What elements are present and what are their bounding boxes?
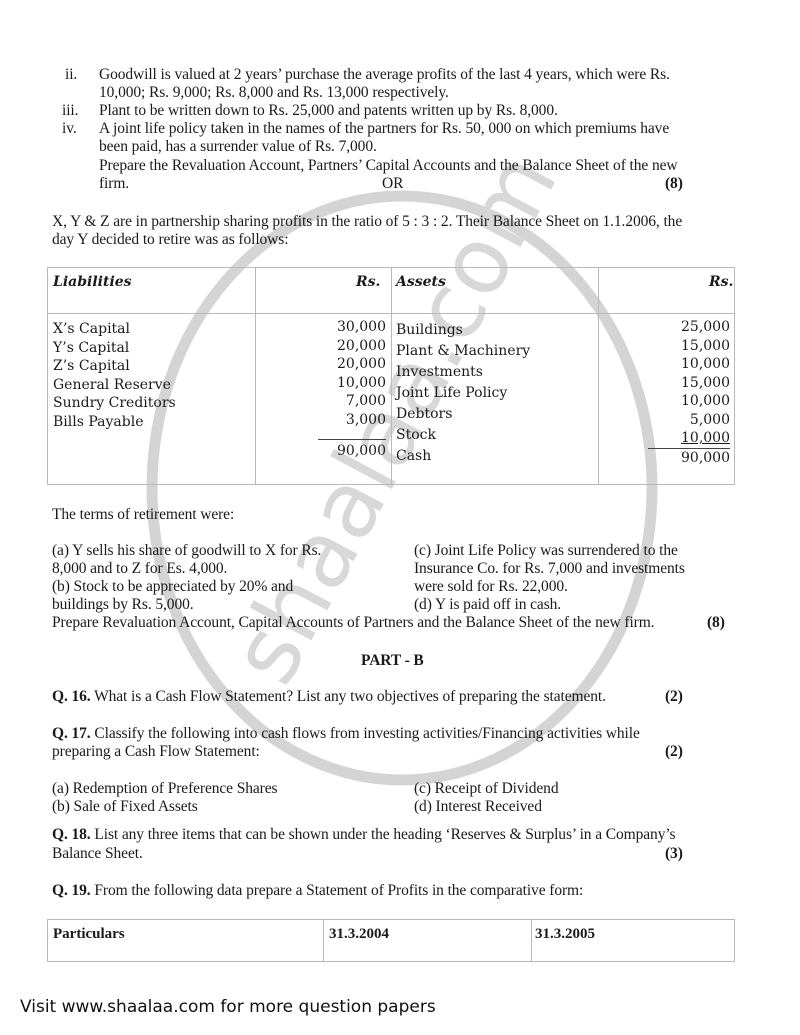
liability-name: Z’s Capital [53, 357, 176, 376]
header-rs: Rs. [356, 274, 380, 290]
item-number: ii. [65, 66, 77, 84]
asset-name: Stock [396, 425, 530, 446]
asset-name: Joint Life Policy [396, 383, 530, 404]
question-number: Q. 18. [52, 826, 91, 843]
footer-link-text[interactable]: Visit www.shaalaa.com for more question … [20, 997, 436, 1017]
header-liabilities: Liabilities [53, 274, 132, 290]
assets-list: BuildingsPlant & MachineryInvestmentsJoi… [396, 320, 530, 467]
question-16: Q. 16. What is a Cash Flow Statement? Li… [52, 688, 606, 706]
liability-name: X’s Capital [53, 320, 176, 339]
option-text: (a) Redemption of Preference Shares [52, 780, 277, 798]
header-assets: Assets [396, 274, 446, 290]
question-paper-page: shaalaa.com ii. Goodwill is valued at 2 … [0, 0, 800, 1035]
liability-amount: 3,000 [318, 411, 386, 430]
question-19: Q. 19. From the following data prepare a… [52, 882, 583, 900]
term-text: were sold for Rs. 22,000. [414, 578, 568, 596]
liability-amount: 30,000 [318, 318, 386, 337]
instruction-text: firm. [99, 175, 129, 193]
term-text: (d) Y is paid off in cash. [414, 596, 561, 614]
asset-amount: 15,000 [648, 337, 730, 356]
option-text: (d) Interest Received [414, 798, 542, 816]
column-header: 31.3.2005 [535, 926, 595, 943]
option-text: (c) Receipt of Dividend [414, 780, 558, 798]
asset-name: Plant & Machinery [396, 341, 530, 362]
question-18: Q. 18. List any three items that can be … [52, 826, 675, 844]
question-number: Q. 17. [52, 725, 91, 742]
asset-amount: 5,000 [648, 411, 730, 430]
item-number: iv. [62, 120, 77, 138]
intro-text: X, Y & Z are in partnership sharing prof… [52, 213, 682, 231]
liability-amount: 7,000 [318, 392, 386, 411]
liability-name: Y’s Capital [53, 339, 176, 358]
liability-name: Sundry Creditors [53, 394, 176, 413]
item-text: Plant to be written down to Rs. 25,000 a… [99, 102, 558, 120]
term-text: buildings by Rs. 5,000. [52, 596, 194, 614]
item-number: iii. [62, 102, 78, 120]
item-text: been paid, has a surrender value of Rs. … [99, 138, 377, 156]
asset-name: Debtors [396, 404, 530, 425]
asset-name: Buildings [396, 320, 530, 341]
term-text: (b) Stock to be appreciated by 20% and [52, 578, 293, 596]
liability-amount: 20,000 [318, 337, 386, 356]
option-text: (b) Sale of Fixed Assets [52, 798, 198, 816]
asset-amount: 10,000 [648, 392, 730, 411]
liability-name: General Reserve [53, 376, 176, 395]
asset-amount: 10,000 [648, 429, 730, 448]
term-text: Insurance Co. for Rs. 7,000 and investme… [414, 560, 685, 578]
question-text: Balance Sheet. [52, 845, 143, 863]
term-text: (c) Joint Life Policy was surrendered to… [414, 542, 678, 560]
question-text: List any three items that can be shown u… [94, 826, 675, 843]
terms-heading: The terms of retirement were: [52, 506, 234, 524]
intro-text: day Y decided to retire was as follows: [52, 231, 288, 249]
asset-amount: 15,000 [648, 374, 730, 393]
or-label: OR [382, 175, 403, 193]
liabilities-list: X’s CapitalY’s CapitalZ’s CapitalGeneral… [53, 320, 176, 431]
term-text: 8,000 and to Z for Es. 4,000. [52, 560, 227, 578]
header-rs: Rs. [709, 274, 733, 290]
liabilities-amounts: 30,00020,00020,00010,0007,0003,000 90,00… [318, 318, 386, 461]
item-text: A joint life policy taken in the names o… [99, 120, 669, 138]
marks-label: (2) [665, 688, 683, 706]
comparative-table: Particulars 31.3.2004 31.3.2005 [47, 919, 735, 962]
liabilities-total: 90,000 [318, 439, 386, 461]
column-header: Particulars [53, 926, 125, 943]
liability-amount: 10,000 [318, 374, 386, 393]
instruction-text: Prepare the Revaluation Account, Partner… [99, 157, 677, 175]
marks-label: (2) [665, 743, 683, 761]
asset-amount: 10,000 [648, 355, 730, 374]
question-text: preparing a Cash Flow Statement: [52, 743, 260, 761]
question-17: Q. 17. Classify the following into cash … [52, 725, 640, 743]
asset-name: Investments [396, 362, 530, 383]
balance-sheet-table: Liabilities Rs. Assets Rs. X’s CapitalY’… [47, 267, 735, 485]
asset-amount: 25,000 [648, 318, 730, 337]
asset-name: Cash [396, 446, 530, 467]
term-text: (a) Y sells his share of goodwill to X f… [52, 542, 321, 560]
assets-amounts: 25,00015,00010,00015,00010,0005,00010,00… [648, 318, 730, 467]
marks-label: (3) [665, 845, 683, 863]
question-text: From the following data prepare a Statem… [94, 882, 583, 899]
item-text: Goodwill is valued at 2 years’ purchase … [99, 66, 670, 84]
instruction-text: Prepare Revaluation Account, Capital Acc… [52, 614, 654, 632]
assets-total: 90,000 [648, 448, 730, 468]
liability-amount: 20,000 [318, 355, 386, 374]
question-text: What is a Cash Flow Statement? List any … [94, 688, 606, 705]
item-text: 10,000; Rs. 9,000; Rs. 8,000 and Rs. 13,… [99, 84, 449, 102]
marks-label: (8) [665, 175, 683, 193]
marks-label: (8) [707, 614, 725, 632]
question-number: Q. 19. [52, 882, 91, 899]
section-heading: PART - B [361, 652, 424, 670]
liability-name: Bills Payable [53, 413, 176, 432]
column-header: 31.3.2004 [329, 926, 389, 943]
question-number: Q. 16. [52, 688, 91, 705]
question-text: Classify the following into cash flows f… [94, 725, 639, 742]
